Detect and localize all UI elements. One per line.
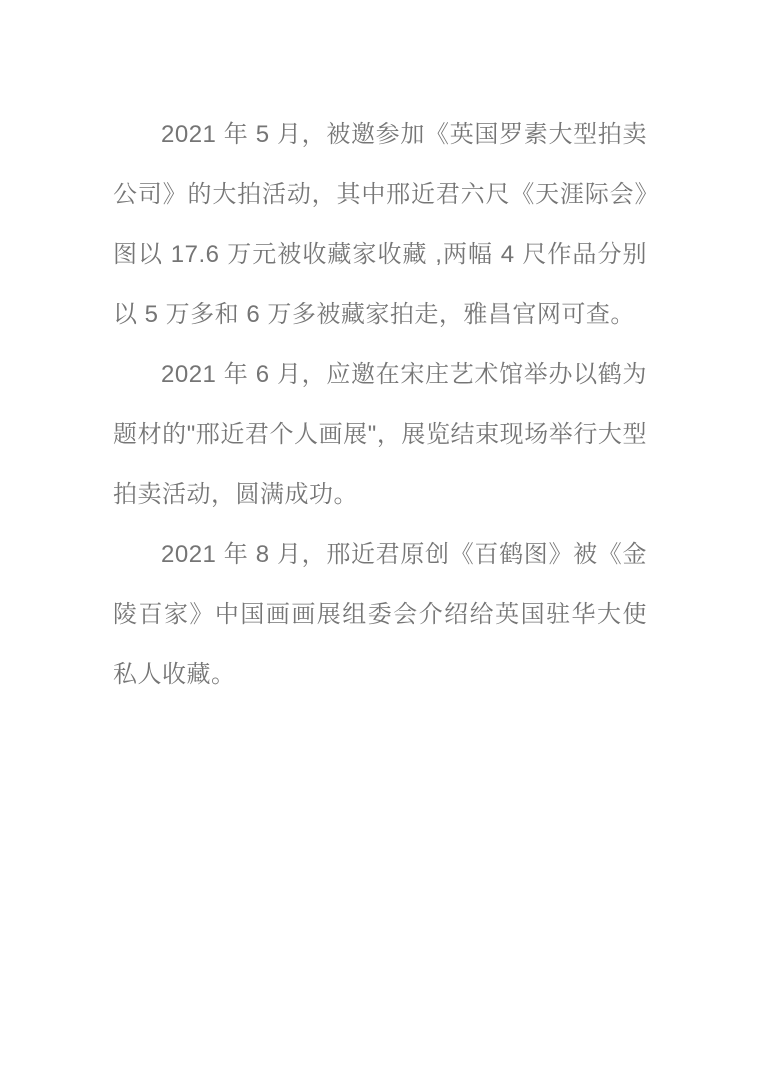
document-page: 2021 年 5 月，被邀参加《英国罗素大型拍卖公司》的大拍活动，其中邢近君六尺… (0, 0, 763, 1080)
paragraph-may-2021: 2021 年 5 月，被邀参加《英国罗素大型拍卖公司》的大拍活动，其中邢近君六尺… (113, 105, 647, 345)
paragraph-august-2021: 2021 年 8 月，邢近君原创《百鹤图》被《金陵百家》中国画画展组委会介绍给英… (113, 525, 647, 705)
paragraph-june-2021: 2021 年 6 月，应邀在宋庄艺术馆举办以鹤为题材的"邢近君个人画展"，展览结… (113, 345, 647, 525)
document-text-block: 2021 年 5 月，被邀参加《英国罗素大型拍卖公司》的大拍活动，其中邢近君六尺… (113, 105, 647, 705)
